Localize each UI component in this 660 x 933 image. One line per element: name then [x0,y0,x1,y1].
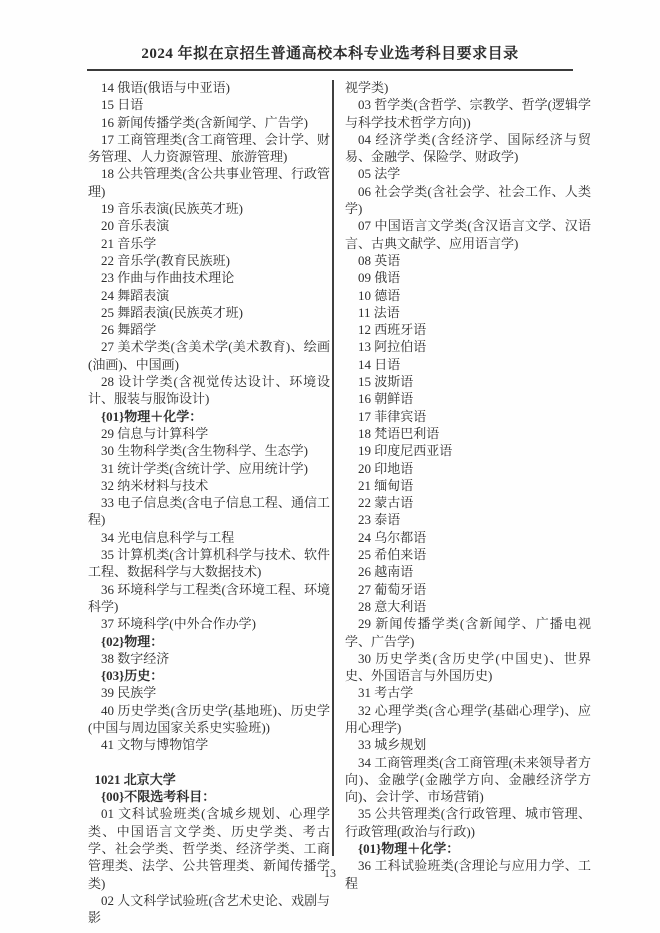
text-line: 27 美术学类(含美术学(美术教育)、绘画(油画)、中国画) [88,338,330,373]
text-line: 视学类) [345,79,591,96]
text-line: 26 舞蹈学 [88,321,330,338]
text-line: 35 公共管理类(含行政管理、城市管理、行政管理(政治与行政)) [345,805,591,840]
text-line: 28 设计学类(含视觉传达设计、环境设计、服装与服饰设计) [88,373,330,408]
text-line: 24 舞蹈表演 [88,287,330,304]
text-line: 26 越南语 [345,563,591,580]
text-line: 23 作曲与作曲技术理论 [88,269,330,286]
text-line: 20 音乐表演 [88,217,330,234]
text-line: 31 考古学 [345,684,591,701]
text-line: 16 新闻传播学类(含新闻学、广告学) [88,114,330,131]
text-line: 22 音乐学(教育民族班) [88,252,330,269]
text-line: 33 城乡规划 [345,736,591,753]
text-line: 25 舞蹈表演(民族英才班) [88,304,330,321]
subject-requirement-heading: {03}历史： [88,667,330,684]
text-line: 36 环境科学与工程类(含环境工程、环境科学) [88,581,330,616]
left-column: 14 俄语(俄语与中亚语)15 日语16 新闻传播学类(含新闻学、广告学)17 … [88,79,330,927]
two-column-body: 14 俄语(俄语与中亚语)15 日语16 新闻传播学类(含新闻学、广告学)17 … [88,79,660,927]
school-heading: 1021 北京大学 [88,771,330,788]
text-line: 41 文物与博物馆学 [88,736,330,753]
text-line [88,754,330,771]
text-line: 19 音乐表演(民族英才班) [88,200,330,217]
text-line: 34 光电信息科学与工程 [88,529,330,546]
document-page: 2024 年拟在京招生普通高校本科专业选考科目要求目录 14 俄语(俄语与中亚语… [0,0,660,933]
subject-requirement-heading: {02}物理： [88,633,330,650]
text-line: 15 波斯语 [345,373,591,390]
text-line: 33 电子信息类(含电子信息工程、通信工程) [88,494,330,529]
subject-requirement-heading: {01}物理＋化学： [88,408,330,425]
text-line: 39 民族学 [88,684,330,701]
text-line: 03 哲学类(含哲学、宗教学、哲学(逻辑学与科学技术哲学方向)) [345,96,591,131]
text-line: 28 意大利语 [345,598,591,615]
text-line: 04 经济学类(含经济学、国际经济与贸易、金融学、保险学、财政学) [345,131,591,166]
text-line: 40 历史学类(含历史学(基地班)、历史学(中国与周边国家关系史实验班)) [88,702,330,737]
text-line: 31 统计学类(含统计学、应用统计学) [88,460,330,477]
page-title: 2024 年拟在京招生普通高校本科专业选考科目要求目录 [0,42,660,63]
text-line: 32 心理学类(含心理学(基础心理学)、应用心理学) [345,702,591,737]
text-line: 38 数字经济 [88,650,330,667]
subject-requirement-heading: {01}物理＋化学： [345,840,591,857]
text-line: 14 俄语(俄语与中亚语) [88,79,330,96]
text-line: 23 泰语 [345,511,591,528]
subject-requirement-heading: {00}不限选考科目： [88,788,330,805]
text-line: 02 人文科学试验班(含艺术史论、戏剧与影 [88,892,330,927]
text-line: 14 日语 [345,356,591,373]
text-line: 17 工商管理类(含工商管理、会计学、财务管理、人力资源管理、旅游管理) [88,131,330,166]
text-line: 35 计算机类(含计算机科学与技术、软件工程、数据科学与大数据技术) [88,546,330,581]
text-line: 05 法学 [345,165,591,182]
text-line: 37 环境科学(中外合作办学) [88,615,330,632]
text-line: 25 希伯来语 [345,546,591,563]
text-line: 09 俄语 [345,269,591,286]
text-line: 22 蒙古语 [345,494,591,511]
title-divider [87,69,573,71]
text-line: 34 工商管理类(含工商管理(未来领导者方向)、金融学(金融学方向、金融经济学方… [345,754,591,806]
text-line: 16 朝鲜语 [345,390,591,407]
text-line: 21 缅甸语 [345,477,591,494]
text-line: 27 葡萄牙语 [345,581,591,598]
text-line: 32 纳米材料与技术 [88,477,330,494]
text-line: 30 生物科学类(含生物科学、生态学) [88,442,330,459]
text-line: 06 社会学类(含社会学、社会工作、人类学) [345,183,591,218]
column-divider [332,80,334,856]
text-line: 11 法语 [345,304,591,321]
right-column: 视学类)03 哲学类(含哲学、宗教学、哲学(逻辑学与科学技术哲学方向))04 经… [345,79,591,927]
text-line: 15 日语 [88,96,330,113]
text-line: 29 新闻传播学类(含新闻学、广播电视学、广告学) [345,615,591,650]
text-line: 12 西班牙语 [345,321,591,338]
text-line: 10 德语 [345,287,591,304]
page-number: 13 [324,866,336,880]
text-line: 18 梵语巴利语 [345,425,591,442]
text-line: 21 音乐学 [88,235,330,252]
text-line: 24 乌尔都语 [345,529,591,546]
text-line: 07 中国语言文学类(含汉语言文学、汉语言、古典文献学、应用语言学) [345,217,591,252]
text-line: 18 公共管理类(含公共事业管理、行政管理) [88,165,330,200]
text-line: 30 历史学类(含历史学(中国史)、世界史、外国语言与外国历史) [345,650,591,685]
page-footer: 13 [0,864,660,882]
text-line: 20 印地语 [345,460,591,477]
text-line: 19 印度尼西亚语 [345,442,591,459]
text-line: 08 英语 [345,252,591,269]
text-line: 29 信息与计算科学 [88,425,330,442]
document-header: 2024 年拟在京招生普通高校本科专业选考科目要求目录 [0,0,660,71]
text-line: 17 菲律宾语 [345,408,591,425]
text-line: 13 阿拉伯语 [345,338,591,355]
